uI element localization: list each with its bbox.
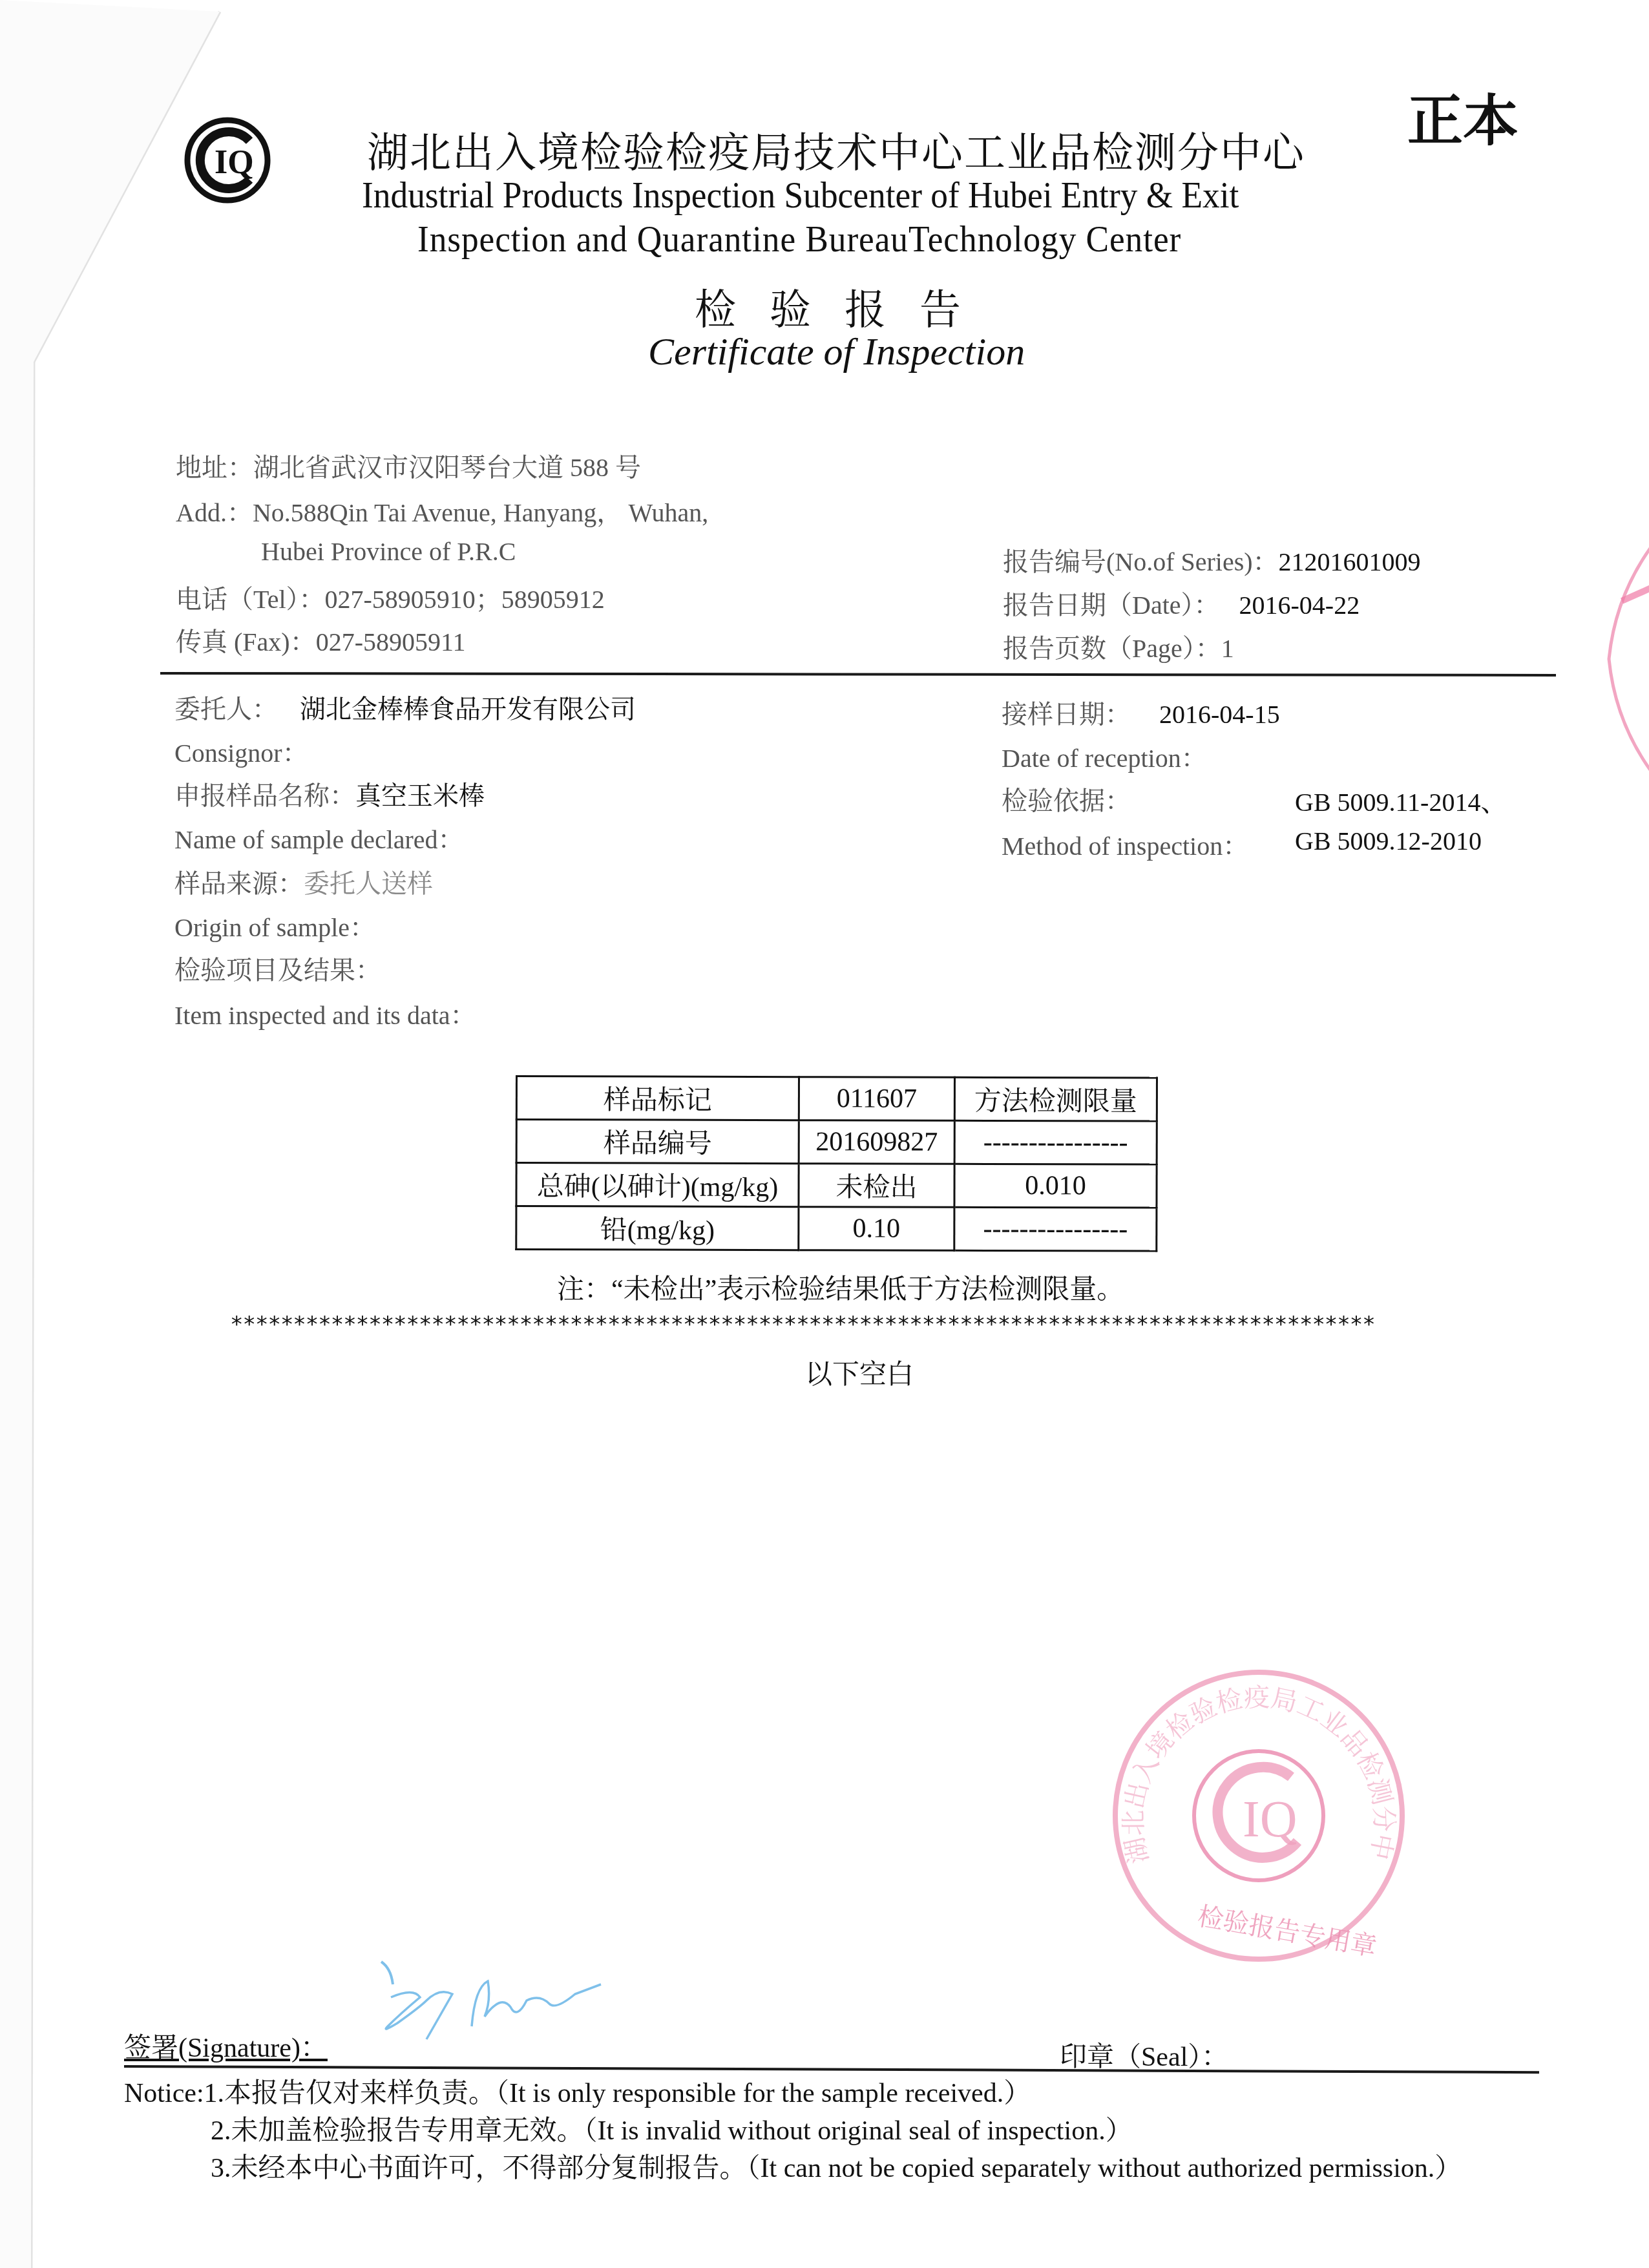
report-title-cn: 检验报告 [695,277,994,336]
sample-name-row: 申报样品名称：真空玉米棒 [174,775,485,812]
address-en-line1: Add.：No.588Qin Tai Avenue, Hanyang， Wuha… [176,492,708,529]
table-row: 样品编号201609827---------------- [516,1120,1157,1165]
table-cell: 0.010 [954,1164,1157,1208]
method-label-cn: 检验依据： [1002,781,1131,817]
table-cell: ---------------- [954,1207,1157,1251]
telephone: 电话（Tel）：027-58905910；58905912 [176,579,605,616]
partial-seal-mark-icon [1596,530,1649,788]
date-label: 报告日期（Date）： [1003,591,1220,620]
table-cell: 201609827 [799,1120,954,1164]
address-en-line2: Hubei Province of P.R.C [261,536,516,567]
table-note: 注：“未检出”表示检验结果低于方法检测限量。 [557,1268,1124,1307]
table-row: 铅(mg/kg)0.10---------------- [516,1206,1157,1252]
series-label: 报告编号(No.of Series)： [1003,547,1279,576]
consignor-label: 委托人： [174,695,278,724]
table-cell: 样品标记 [516,1076,799,1120]
report-series: 报告编号(No.of Series)：21201601009 [1003,541,1421,578]
origin-value: 委托人送样 [304,869,433,898]
original-copy-badge: 正本 [1407,76,1518,156]
reception-value: 2016-04-15 [1159,700,1280,729]
svg-text:IQ: IQ [215,144,254,181]
signature-label: 签署(Signature)： [124,2026,328,2065]
table-cell: 方法检测限量 [954,1077,1157,1121]
series-value: 21201601009 [1279,547,1421,576]
table-cell: 样品编号 [516,1120,799,1164]
items-label-cn: 检验项目及结果： [174,950,381,987]
reception-row: 接样日期：2016-04-15 [1002,694,1280,731]
blank-below-marker: 以下空白 [805,1353,914,1392]
results-table: 样品标记011607方法检测限量样品编号201609827-----------… [515,1075,1158,1252]
table-cell: 011607 [799,1077,954,1121]
notice-3: 3.未经本中心书面许可，不得部分复制报告。（It can not be copi… [211,2147,1462,2185]
consignor-row: 委托人：湖北金棒棒食品开发有限公司 [174,689,636,726]
origin-row: 样品来源：委托人送样 [174,863,433,900]
table-row: 样品标记011607方法检测限量 [516,1076,1157,1122]
separator-stars: ****************************************… [230,1312,1375,1338]
address-en-value: No.588Qin Tai Avenue, Hanyang， Wuhan, [253,498,708,527]
seal-label: 印章（Seal）： [1060,2035,1228,2074]
ciq-logo-icon: IQ [182,115,273,205]
page-value: 1 [1221,634,1234,663]
method-value-2: GB 5009.12-2010 [1295,826,1482,856]
table-row: 总砷(以砷计)(mg/kg)未检出0.010 [516,1163,1157,1208]
address-cn: 地址：湖北省武汉市汉阳琴台大道 588 号 [176,447,641,484]
handwritten-signature [362,1949,607,2046]
svg-text:IQ: IQ [1243,1791,1297,1848]
table-cell: 0.10 [799,1207,954,1251]
date-value: 2016-04-22 [1239,591,1360,620]
reception-label: 接样日期： [1002,700,1131,729]
method-label-en: Method of inspection： [1002,826,1248,863]
consignor-value: 湖北金棒棒食品开发有限公司 [300,695,636,724]
table-cell: 铅(mg/kg) [516,1206,799,1250]
report-date: 报告日期（Date）：2016-04-22 [1003,585,1360,622]
address-en-label: Add.： [176,498,253,527]
method-value-1: GB 5009.11-2014、 [1295,782,1506,819]
page-label: 报告页数（Page）： [1003,634,1221,663]
reception-label-en: Date of reception： [1002,738,1207,775]
items-label-en: Item inspected and its data： [174,995,476,1032]
sample-label: 申报样品名称： [174,781,355,810]
report-page: 报告页数（Page）：1 [1003,628,1234,665]
notice-1: Notice:1.本报告仅对来样负责。（It is only responsib… [124,2072,1031,2110]
table-cell: 总砷(以砷计)(mg/kg) [516,1163,799,1207]
origin-label-en: Origin of sample： [174,907,375,944]
notice-2: 2.未加盖检验报告专用章无效。（It is invalid without or… [211,2109,1133,2148]
official-seal-icon: IQ 检验报告专用章 湖北出入境检验检疫局工业品检测分中心 [1110,1667,1433,1990]
report-title-en: Certificate of Inspection [648,330,1025,374]
table-cell: ---------------- [954,1120,1157,1164]
org-name-en-line1: Industrial Products Inspection Subcenter… [362,173,1239,216]
origin-label: 样品来源： [174,869,304,898]
header-divider [160,672,1556,677]
sample-value: 真空玉米棒 [355,781,485,810]
sample-label-en: Name of sample declared： [174,819,464,856]
org-name-cn: 湖北出入境检验检疫局技术中心工业品检测分中心 [367,120,1305,179]
table-cell: 未检出 [799,1164,954,1208]
fax: 传真 (Fax)：027-58905911 [176,622,465,658]
consignor-label-en: Consignor： [174,733,308,770]
org-name-en-line2: Inspection and Quarantine BureauTechnolo… [417,217,1181,260]
